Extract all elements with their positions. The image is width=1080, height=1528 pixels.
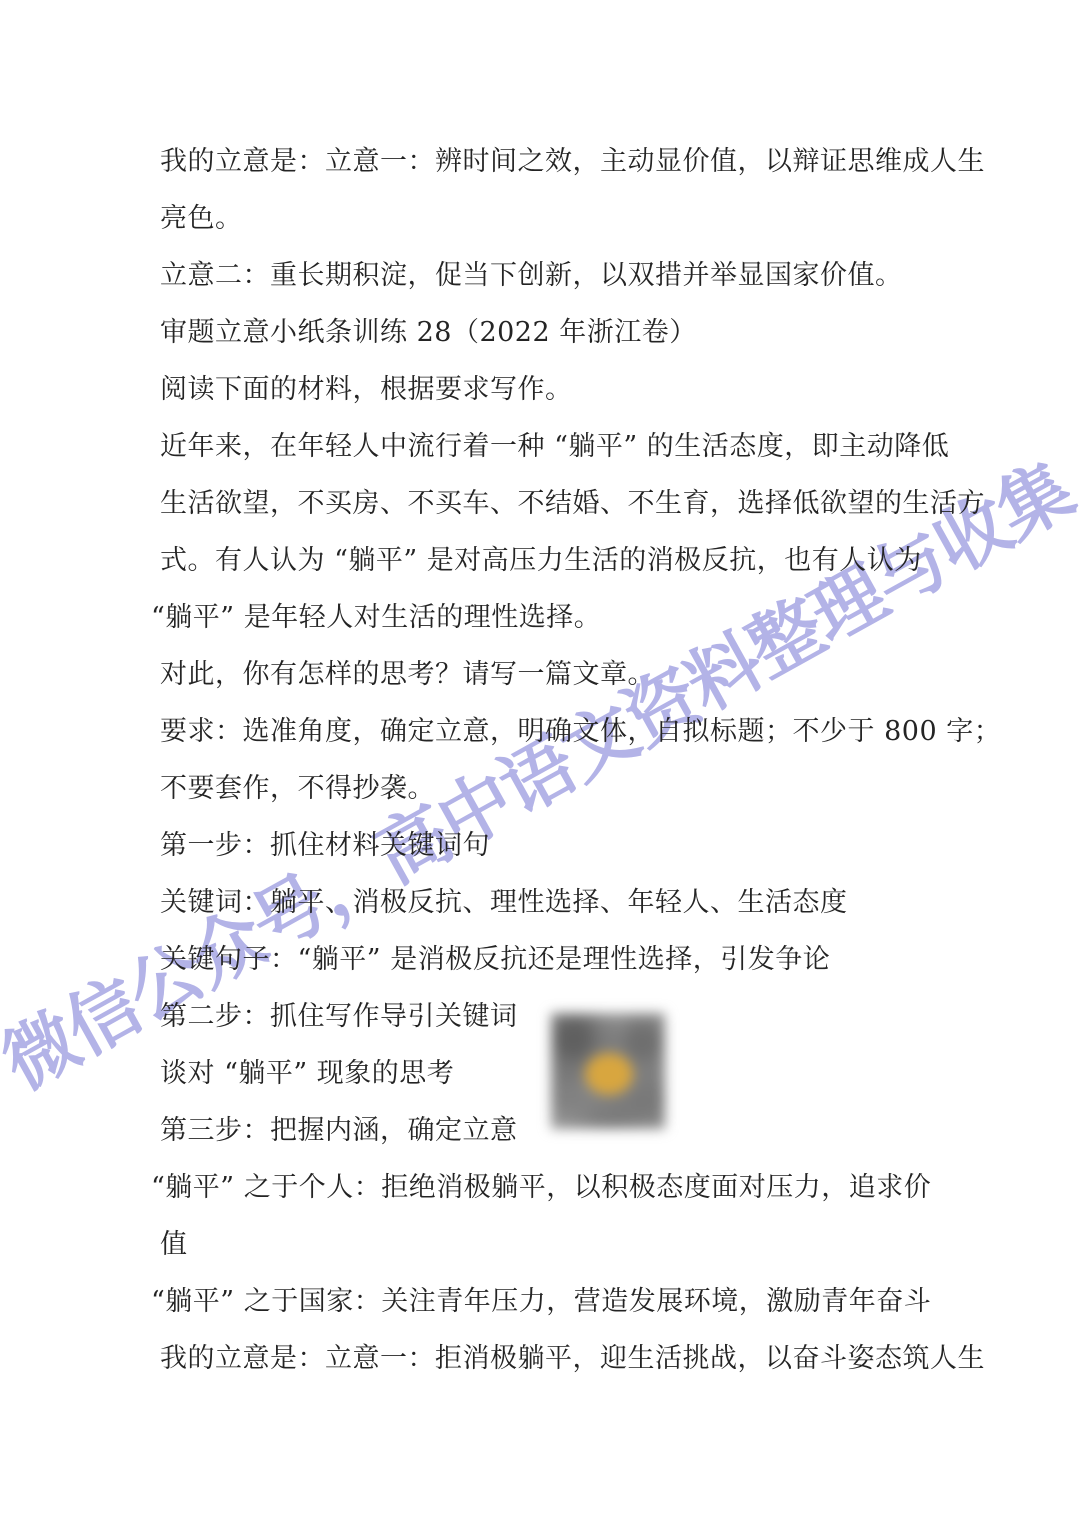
document-line: 我的立意是：立意一：辨时间之效，主动显价值，以辩证思维成人生 [160, 133, 1001, 190]
document-line: 亮色。 [160, 190, 1001, 247]
document-line: 关键词：躺平、消极反抗、理性选择、年轻人、生活态度 [160, 874, 1001, 931]
document-line: 关键句子：“躺平” 是消极反抗还是理性选择，引发争论 [160, 931, 1001, 988]
blurred-image [551, 1013, 665, 1129]
document-line: 要求：选准角度，确定立意，明确文体，自拟标题；不少于 800 字； [160, 703, 1001, 760]
document-line: 我的立意是：立意一：拒消极躺平，迎生活挑战，以奋斗姿态筑人生 [160, 1330, 1001, 1387]
document-line: “躺平” 是年轻人对生活的理性选择。 [151, 589, 1001, 646]
document-line: 值 [160, 1216, 1001, 1273]
document-line: “躺平” 之于国家：关注青年压力，营造发展环境，激励青年奋斗 [151, 1273, 1001, 1330]
document-line: 式。有人认为 “躺平” 是对高压力生活的消极反抗，也有人认为 [160, 532, 1001, 589]
document-page: 微信公众号，高中语文资料整理与收集 我的立意是：立意一：辨时间之效，主动显价值，… [0, 0, 1080, 1528]
document-line: 审题立意小纸条训练 28（2022 年浙江卷） [160, 304, 1001, 361]
document-line: 近年来，在年轻人中流行着一种 “躺平” 的生活态度，即主动降低 [160, 418, 1001, 475]
document-line: 对此，你有怎样的思考？请写一篇文章。 [160, 646, 1001, 703]
document-line: 不要套作，不得抄袭。 [160, 760, 1001, 817]
document-line: 第一步：抓住材料关键词句 [160, 817, 1001, 874]
document-line: 生活欲望，不买房、不买车、不结婚、不生育，选择低欲望的生活方 [160, 475, 1001, 532]
document-body: 我的立意是：立意一：辨时间之效，主动显价值，以辩证思维成人生亮色。立意二：重长期… [160, 133, 1001, 1387]
document-line: 阅读下面的材料，根据要求写作。 [160, 361, 1001, 418]
document-line: 立意二：重长期积淀，促当下创新，以双措并举显国家价值。 [160, 247, 1001, 304]
document-line: “躺平” 之于个人：拒绝消极躺平，以积极态度面对压力，追求价 [151, 1159, 1001, 1216]
blurred-image-center-blob [585, 1053, 633, 1095]
